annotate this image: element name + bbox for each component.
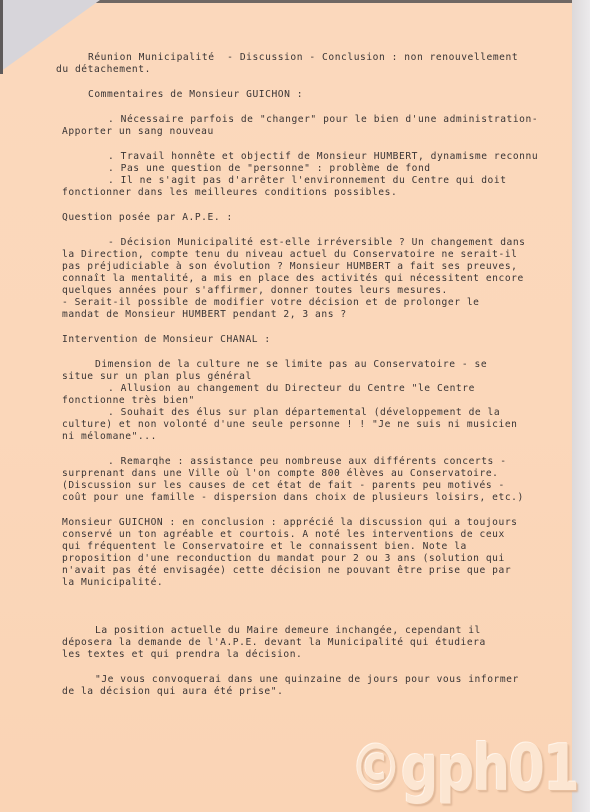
text-line: Commentaires de Monsieur GUICHON :: [88, 89, 303, 101]
text-line: ni mélomane"...: [62, 431, 157, 443]
text-line: déposera la demande de l'A.P.E. devant l…: [62, 637, 486, 649]
text-line: mandat de Monsieur HUMBERT pendant 2, 3 …: [62, 309, 347, 321]
text-line: la Municipalité.: [62, 577, 163, 589]
text-line: la Direction, compte tenu du niveau actu…: [62, 249, 517, 261]
text-line: situe sur un plan plus général: [62, 371, 252, 383]
folded-corner: [0, 0, 100, 72]
text-line: conservé un ton agréable et courtois. A …: [62, 529, 505, 541]
text-line: . Pas une question de "personne" : probl…: [108, 163, 431, 175]
scanner-background-strip: [572, 0, 590, 812]
text-line: quelques années pour s'affirmer, donner …: [62, 285, 448, 297]
text-line: Question posée par A.P.E. :: [62, 212, 233, 224]
text-line: Intervention de Monsieur CHANAL :: [62, 334, 271, 346]
text-line: . Remarqhe : assistance peu nombreuse au…: [108, 456, 507, 468]
text-line: les textes et qui prendra la décision.: [62, 649, 302, 661]
text-line: Dimension de la culture ne se limite pas…: [95, 359, 487, 371]
text-line: - Décision Municipalité est-elle irréver…: [108, 237, 526, 249]
text-line: (Discussion sur les causes de cet état d…: [62, 480, 505, 492]
text-line: . Il ne s'agit pas d'arrêter l'environne…: [108, 175, 507, 187]
text-line: coût pour une famille - dispersion dans …: [62, 492, 524, 504]
text-line: fonctionne très bien": [62, 395, 195, 407]
text-line: - Serait-il possible de modifier votre d…: [62, 297, 480, 309]
text-line: connaît la mentalité, a mis en place des…: [62, 273, 524, 285]
text-line: fonctionner dans les meilleures conditio…: [62, 187, 397, 199]
text-line: . Travail honnête et objectif de Monsieu…: [108, 151, 538, 163]
text-line: "Je vous convoquerai dans une quinzaine …: [95, 674, 519, 686]
text-line: culture) et non volonté d'une seule pers…: [62, 419, 517, 431]
text-line: pas préjudiciable à son évolution ? Mons…: [62, 261, 517, 273]
text-line: Monsieur GUICHON : en conclusion : appré…: [62, 517, 517, 529]
text-line: du détachement.: [56, 64, 151, 76]
text-line: surprenant dans une Ville où l'on compte…: [62, 468, 499, 480]
folded-corner-edge: [0, 0, 3, 74]
text-line: . Nécessaire parfois de "changer" pour l…: [108, 114, 538, 126]
watermark: ©gph01: [350, 732, 578, 806]
text-line: n'avait pas été envisagée) cette décisio…: [62, 565, 511, 577]
text-line: de la décision qui aura été prise".: [62, 686, 283, 698]
text-line: La position actuelle du Maire demeure in…: [95, 625, 481, 637]
text-line: . Souhait des élus sur plan départementa…: [108, 407, 500, 419]
text-line: Apporter un sang nouveau: [62, 126, 214, 138]
text-line: . Allusion au changement du Directeur du…: [108, 383, 475, 395]
text-line: proposition d'une reconduction du mandat…: [62, 553, 505, 565]
text-line: qui fréquentent le Conservatoire et le c…: [62, 541, 467, 553]
text-line: Réunion Municipalité - Discussion - Conc…: [88, 52, 518, 64]
